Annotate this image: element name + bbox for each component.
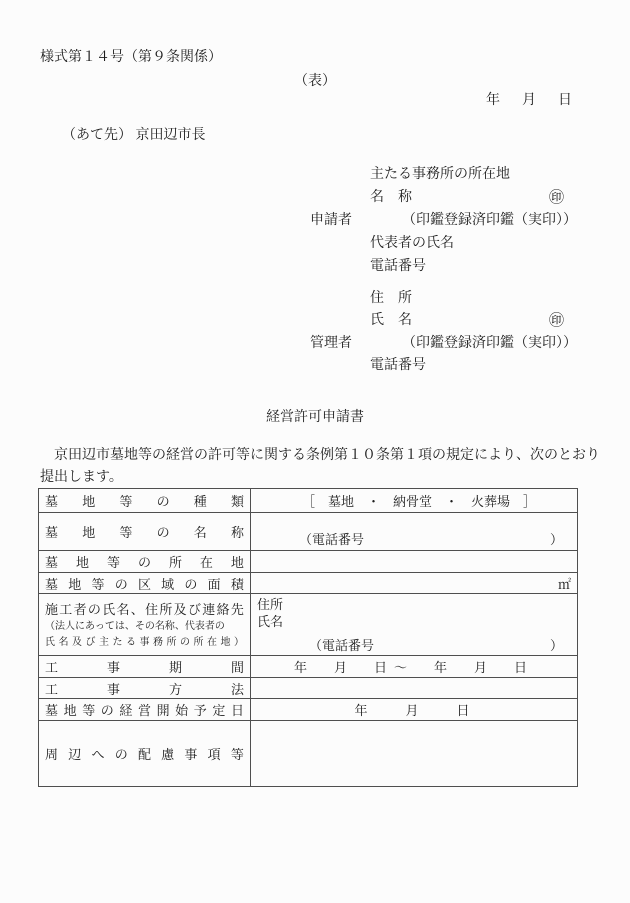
row-label: 墓地等の区域の面積	[39, 573, 251, 594]
table-row-surroundings: 周辺への配慮事項等	[39, 721, 578, 787]
applicant-representative-label: 代表者の氏名	[370, 232, 454, 252]
front-side-label: （表）	[0, 70, 630, 90]
row-label: 工事方法	[39, 678, 251, 699]
row-value: 住所 氏名 （電話番号 ）	[251, 594, 578, 656]
table-row-type: 墓地等の種類 ［ 墓地 ・ 納骨堂 ・ 火葬場 ］	[39, 489, 578, 513]
row-value: ［ 墓地 ・ 納骨堂 ・ 火葬場 ］	[251, 489, 578, 513]
row-value: 年 月 日	[251, 699, 578, 721]
form-page: 様式第１４号（第９条関係） （表） 年 月 日 （あて先） 京田辺市長 主たる事…	[0, 0, 630, 903]
manager-role-label: 管理者	[310, 332, 352, 352]
phone-open-label: （電話番号	[299, 529, 364, 548]
seal-mark-icon: ㊞	[549, 186, 564, 207]
application-table: 墓地等の種類 ［ 墓地 ・ 納骨堂 ・ 火葬場 ］ 墓地等の名称 （電話番号 ）…	[38, 488, 578, 787]
table-row-name: 墓地等の名称 （電話番号 ）	[39, 513, 578, 551]
applicant-role-label: 申請者	[310, 209, 352, 229]
row-value	[251, 551, 578, 573]
builder-address-label: 住所	[257, 596, 571, 613]
application-body-line2: 提出します。	[40, 466, 123, 486]
application-body-line1: 京田辺市墓地等の経営の許可等に関する条例第１０条第１項の規定により、次のとおり	[40, 444, 600, 464]
applicant-seal-note: （印鑑登録済印鑑（実印））	[402, 209, 577, 229]
phone-close-label: ）	[550, 529, 563, 548]
form-number: 様式第１４号（第９条関係）	[40, 46, 222, 66]
application-title: 経営許可申請書	[0, 406, 630, 426]
applicant-office-address-label: 主たる事務所の所在地	[370, 163, 510, 183]
table-row-area: 墓地等の区域の面積 ㎡	[39, 573, 578, 594]
row-label: 墓地等の経営開始予定日	[39, 699, 251, 721]
date-line: 年 月 日	[486, 89, 576, 109]
addressee: （あて先） 京田辺市長	[62, 124, 206, 144]
manager-phone-label: 電話番号	[370, 354, 426, 374]
row-value: （電話番号 ）	[251, 513, 578, 551]
phone-close-label: ）	[550, 635, 563, 654]
row-label: 施工者の氏名、住所及び連絡先 （法人にあっては、その名称、代表者の 氏名及び主た…	[39, 594, 251, 656]
seal-mark-icon: ㊞	[549, 309, 564, 330]
row-label: 墓地等の種類	[39, 489, 251, 513]
phone-open-label: （電話番号	[309, 635, 374, 654]
builder-name-label: 氏名	[257, 613, 571, 630]
row-value	[251, 721, 578, 787]
row-value: ㎡	[251, 573, 578, 594]
row-label: 墓地等の名称	[39, 513, 251, 551]
row-value	[251, 678, 578, 699]
row-label: 周辺への配慮事項等	[39, 721, 251, 787]
table-row-builder: 施工者の氏名、住所及び連絡先 （法人にあっては、その名称、代表者の 氏名及び主た…	[39, 594, 578, 656]
table-row-start-date: 墓地等の経営開始予定日 年 月 日	[39, 699, 578, 721]
row-label: 工事期間	[39, 656, 251, 678]
table-row-period: 工事期間 年 月 日～ 年 月 日	[39, 656, 578, 678]
applicant-name-label: 名 称	[370, 186, 412, 206]
table-row-location: 墓地等の所在地	[39, 551, 578, 573]
table-row-method: 工事方法	[39, 678, 578, 699]
manager-seal-note: （印鑑登録済印鑑（実印））	[402, 332, 577, 352]
row-label: 墓地等の所在地	[39, 551, 251, 573]
manager-address-label: 住 所	[370, 287, 412, 307]
builder-note: 氏名及び主たる事務所の所在地）	[45, 635, 244, 650]
builder-note: （法人にあっては、その名称、代表者の	[45, 619, 244, 634]
manager-name-label: 氏 名	[370, 309, 412, 329]
applicant-phone-label: 電話番号	[370, 255, 426, 275]
row-value: 年 月 日～ 年 月 日	[251, 656, 578, 678]
